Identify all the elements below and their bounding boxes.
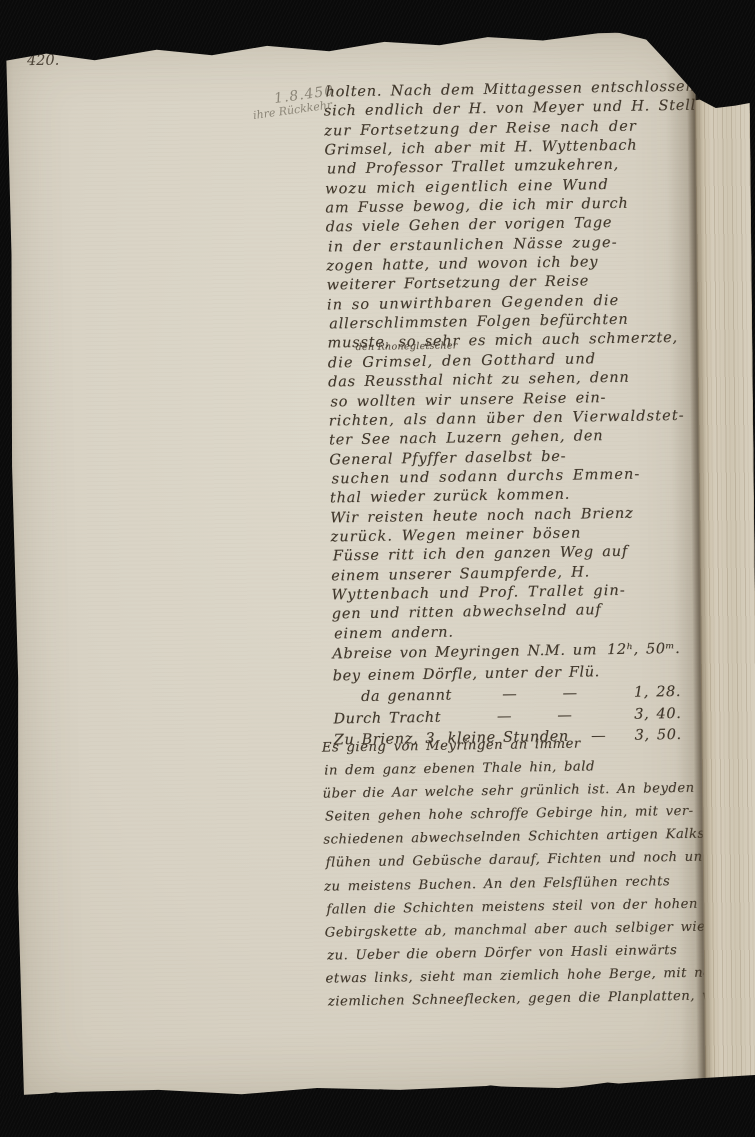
itinerary-label: da genannt [333, 686, 452, 709]
interlinear-insertion: den Rhonegletscher [355, 340, 457, 353]
itinerary-dashes [600, 675, 675, 676]
book-fore-edge [695, 92, 755, 1093]
itinerary-time: 3, 40. [628, 703, 681, 725]
manuscript-line: ziemlichen Schneeflecken, gegen die Plan… [328, 984, 712, 1013]
archivist-pencil-note: 1.8.450 ihre Rückkehr [145, 83, 337, 137]
scan-background: 420. 1.8.450 ihre Rückkehr holten. Nach … [0, 0, 755, 1137]
itinerary-dashes: — — [452, 683, 628, 707]
folio-number: 420. [27, 53, 60, 70]
itinerary-dashes: — — [441, 704, 629, 728]
manuscript-page: 420. 1.8.450 ihre Rückkehr holten. Nach … [5, 31, 712, 1104]
itinerary-label: Durch Tracht [333, 707, 441, 730]
diary-entry-text: holten. Nach dem Mittagessen entschlosse… [323, 78, 704, 645]
route-description-text: Es gieng von Meyringen an immerin dem ga… [322, 730, 712, 1013]
itinerary-time: 1, 28. [628, 682, 681, 704]
itinerary-time: 12ʰ, 50ᵐ. [601, 639, 681, 662]
